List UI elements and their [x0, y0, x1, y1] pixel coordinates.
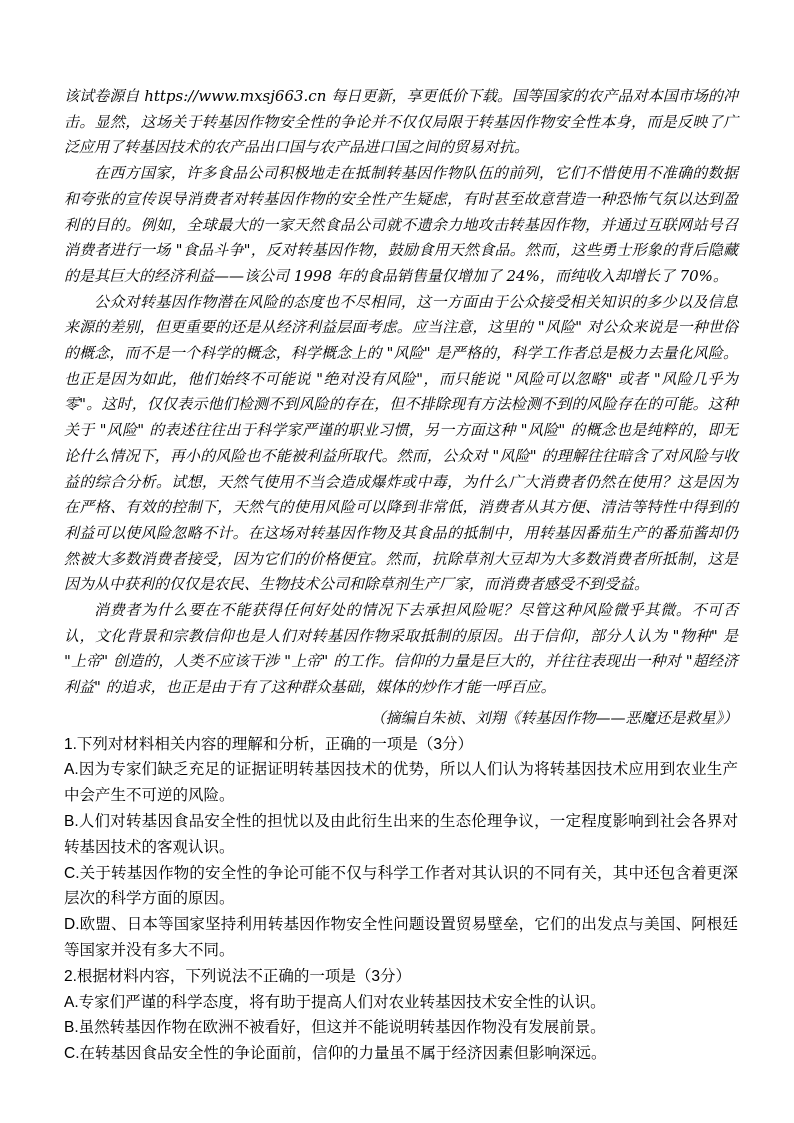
- passage-paragraph-3: 公众对转基因作物潜在风险的态度也不尽相同，这一方面由于公众接受相关知识的多少以及…: [64, 290, 738, 598]
- passage-paragraph-1: 该试卷源自 https://www.mxsj663.cn 每日更新，享更低价下载…: [64, 84, 738, 161]
- passage-citation: （摘编自朱祯、刘翔《转基因作物——恶魔还是救星》）: [64, 706, 738, 732]
- watermark-suffix: 每日更新，享更低价下载。: [326, 87, 512, 105]
- question-1-option-c: C.关于转基因作物的安全性的争论可能不仅与科学工作者对其认识的不同有关，其中还包…: [64, 861, 738, 913]
- question-1-stem: 1.下列对材料相关内容的理解和分析，正确的一项是（3分）: [64, 732, 738, 758]
- passage-paragraph-4: 消费者为什么要在不能获得任何好处的情况下去承担风险呢？尽管这种风险微乎其微。不可…: [64, 598, 738, 701]
- watermark-url: https://www.mxsj663.cn: [144, 87, 326, 105]
- question-1-option-b: B.人们对转基因食品安全性的担忧以及由此衍生出来的生态伦理争议，一定程度影响到社…: [64, 809, 738, 861]
- question-1-option-a: A.因为专家们缺乏充足的证据证明转基因技术的优势，所以人们认为将转基因技术应用到…: [64, 757, 738, 809]
- watermark-prefix: 该试卷源自: [64, 87, 144, 105]
- question-2-option-b: B.虽然转基因作物在欧洲不被看好，但这并不能说明转基因作物没有发展前景。: [64, 1015, 738, 1041]
- question-2-option-c: C.在转基因食品安全性的争论面前，信仰的力量虽不属于经济因素但影响深远。: [64, 1041, 738, 1067]
- question-2-option-a: A.专家们严谨的科学态度，将有助于提高人们对农业转基因技术安全性的认识。: [64, 990, 738, 1016]
- passage-paragraph-2: 在西方国家，许多食品公司积极地走在抵制转基因作物队伍的前列，它们不惜使用不准确的…: [64, 161, 738, 290]
- question-1-option-d: D.欧盟、日本等国家坚持利用转基因作物安全性问题设置贸易壁垒，它们的出发点与美国…: [64, 912, 738, 964]
- exam-page: 该试卷源自 https://www.mxsj663.cn 每日更新，享更低价下载…: [0, 0, 794, 1123]
- question-2-stem: 2.根据材料内容，下列说法不正确的一项是（3分）: [64, 964, 738, 990]
